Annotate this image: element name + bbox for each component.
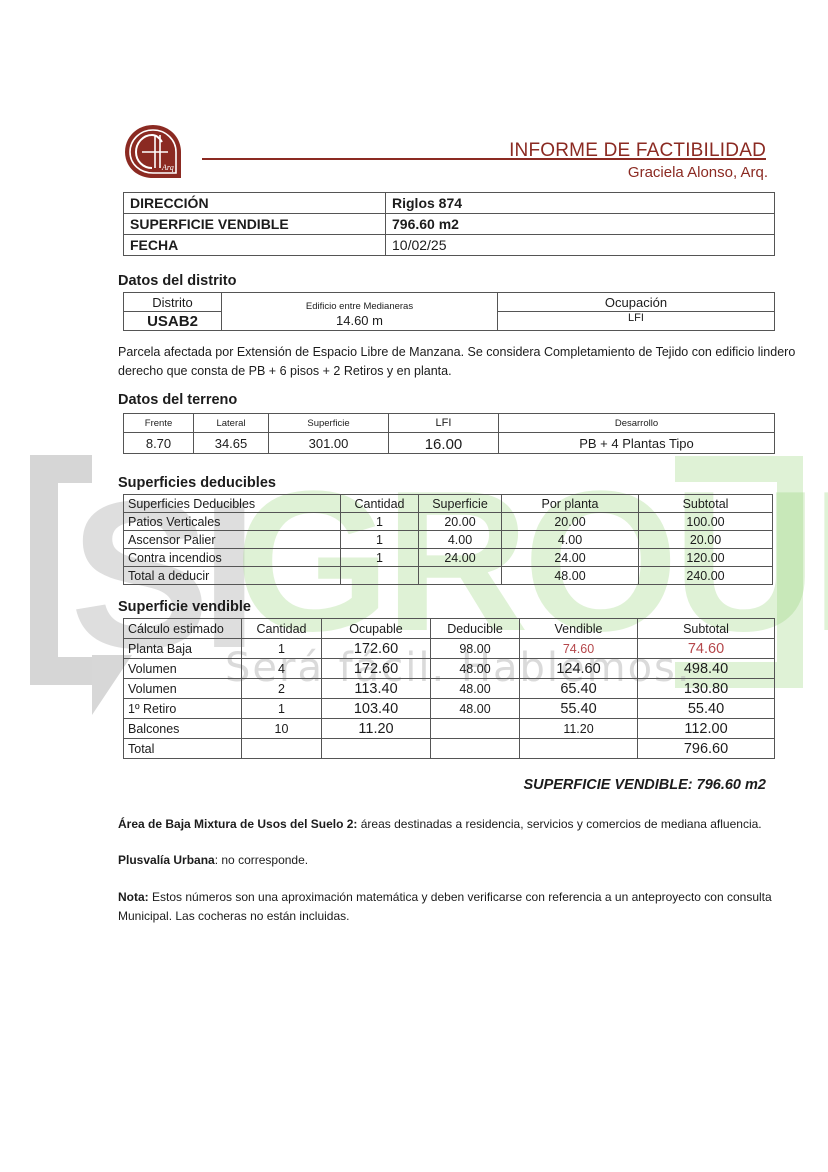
cell: 55.40 (520, 699, 638, 719)
cell: 11.20 (520, 719, 638, 739)
cell: 172.60 (322, 659, 431, 679)
cell: 48.00 (502, 567, 639, 585)
col-header: Deducible (431, 619, 520, 639)
table-row: Patios Verticales 1 20.00 20.00 100.00 (124, 513, 773, 531)
cell: 20.00 (502, 513, 639, 531)
cell: 240.00 (639, 567, 773, 585)
cell: 112.00 (638, 719, 775, 739)
desarrollo-header: Desarrollo (499, 414, 775, 433)
col-header: Cálculo estimado (124, 619, 242, 639)
cell: 1 (242, 639, 322, 659)
cell (242, 739, 322, 759)
col-header: Por planta (502, 495, 639, 513)
section-title-deducibles: Superficies deducibles (118, 475, 276, 491)
cell: 4 (242, 659, 322, 679)
distrito-header: Distrito (124, 293, 222, 312)
report-title: INFORME DE FACTIBILIDAD (509, 140, 766, 162)
cell: 130.80 (638, 679, 775, 699)
info-label: DIRECCIÓN (124, 193, 386, 214)
cell: Volumen (124, 659, 242, 679)
cell: 120.00 (639, 549, 773, 567)
col-header: Ocupable (322, 619, 431, 639)
lateral-header: Lateral (194, 414, 269, 433)
cell: 55.40 (638, 699, 775, 719)
info-table: DIRECCIÓN Riglos 874 SUPERFICIE VENDIBLE… (123, 192, 775, 256)
col-header: Superficie (419, 495, 502, 513)
plusvalia-note-text: : no corresponde. (215, 853, 308, 867)
cell: 20.00 (639, 531, 773, 549)
table-header-row: Cálculo estimado Cantidad Ocupable Deduc… (124, 619, 775, 639)
cell: 48.00 (431, 679, 520, 699)
cell: 100.00 (639, 513, 773, 531)
cell: 124.60 (520, 659, 638, 679)
cell: 10 (242, 719, 322, 739)
table-row: Volumen 4 172.60 48.00 124.60 498.40 (124, 659, 775, 679)
cell-highlight: 74.60 (520, 639, 638, 659)
medianeras-header: Edificio entre Medianeras (222, 293, 498, 312)
table-row: Planta Baja 1 172.60 98.00 74.60 74.60 (124, 639, 775, 659)
info-label: FECHA (124, 235, 386, 256)
plusvalia-note: Plusvalía Urbana: no corresponde. (118, 851, 808, 870)
parcela-paragraph: Parcela afectada por Extensión de Espaci… (118, 343, 798, 381)
table-row: 8.70 34.65 301.00 16.00 PB + 4 Plantas T… (124, 433, 775, 454)
cell: 2 (242, 679, 322, 699)
medianeras-value: 14.60 m (222, 312, 498, 331)
distrito-value: USAB2 (124, 312, 222, 331)
lfi-value: 16.00 (389, 433, 499, 454)
cell-highlight: 74.60 (638, 639, 775, 659)
table-row: Contra incendios 1 24.00 24.00 120.00 (124, 549, 773, 567)
svg-text:Arq: Arq (161, 163, 174, 172)
info-value: 796.60 m2 (386, 214, 775, 235)
ocupacion-header: Ocupación (498, 293, 775, 312)
ocupacion-value: LFI (498, 312, 775, 331)
table-row: Ascensor Palier 1 4.00 4.00 20.00 (124, 531, 773, 549)
cell: 1 (242, 699, 322, 719)
cell: 796.60 (638, 739, 775, 759)
cell: Total (124, 739, 242, 759)
report-author: Graciela Alonso, Arq. (628, 164, 768, 181)
cell: Contra incendios (124, 549, 341, 567)
table-total-row: Total a deducir 48.00 240.00 (124, 567, 773, 585)
cell: 48.00 (431, 699, 520, 719)
terreno-table: Frente Lateral Superficie LFI Desarrollo… (123, 413, 775, 454)
info-value: Riglos 874 (386, 193, 775, 214)
cell: 98.00 (431, 639, 520, 659)
cell: Balcones (124, 719, 242, 739)
cell: 24.00 (502, 549, 639, 567)
col-header: Cantidad (242, 619, 322, 639)
col-header: Vendible (520, 619, 638, 639)
info-label: SUPERFICIE VENDIBLE (124, 214, 386, 235)
table-row: FECHA 10/02/25 (124, 235, 775, 256)
superficie-header: Superficie (269, 414, 389, 433)
ga-logo-icon: Arq (122, 122, 184, 180)
area-note-text: áreas destinadas a residencia, servicios… (357, 817, 761, 831)
cell: 4.00 (502, 531, 639, 549)
table-row: DIRECCIÓN Riglos 874 (124, 193, 775, 214)
nota-note-label: Nota: (118, 890, 149, 904)
cell: Planta Baja (124, 639, 242, 659)
frente-value: 8.70 (124, 433, 194, 454)
cell: 4.00 (419, 531, 502, 549)
cell: Total a deducir (124, 567, 341, 585)
superficie-value: 301.00 (269, 433, 389, 454)
table-row: Balcones 10 11.20 11.20 112.00 (124, 719, 775, 739)
report-page: Arq INFORME DE FACTIBILIDAD Graciela Alo… (0, 0, 828, 1172)
cell: 113.40 (322, 679, 431, 699)
table-header-row: Superficies Deducibles Cantidad Superfic… (124, 495, 773, 513)
cell: 1 (341, 513, 419, 531)
cell (419, 567, 502, 585)
nota-note-text: Estos números son una aproximación matem… (118, 890, 772, 923)
cell (431, 739, 520, 759)
cell: 1º Retiro (124, 699, 242, 719)
cell: Ascensor Palier (124, 531, 341, 549)
cell: Patios Verticales (124, 513, 341, 531)
area-note-label: Área de Baja Mixtura de Usos del Suelo 2… (118, 817, 357, 831)
distrito-table: Distrito Edificio entre Medianeras Ocupa… (123, 292, 775, 331)
cell (431, 719, 520, 739)
cell: 1 (341, 549, 419, 567)
col-header: Cantidad (341, 495, 419, 513)
cell: 65.40 (520, 679, 638, 699)
frente-header: Frente (124, 414, 194, 433)
cell: 48.00 (431, 659, 520, 679)
col-header: Subtotal (638, 619, 775, 639)
cell: 24.00 (419, 549, 502, 567)
superficie-vendible-summary: SUPERFICIE VENDIBLE: 796.60 m2 (523, 777, 766, 793)
cell: 172.60 (322, 639, 431, 659)
table-row: Volumen 2 113.40 48.00 65.40 130.80 (124, 679, 775, 699)
deducibles-table: Superficies Deducibles Cantidad Superfic… (123, 494, 773, 585)
table-total-row: Total 796.60 (124, 739, 775, 759)
info-value: 10/02/25 (386, 235, 775, 256)
table-row: Frente Lateral Superficie LFI Desarrollo (124, 414, 775, 433)
table-row: SUPERFICIE VENDIBLE 796.60 m2 (124, 214, 775, 235)
table-row: USAB2 14.60 m LFI (124, 312, 775, 331)
section-title-vendible: Superficie vendible (118, 599, 251, 615)
lfi-header: LFI (389, 414, 499, 433)
cell (322, 739, 431, 759)
table-row: 1º Retiro 1 103.40 48.00 55.40 55.40 (124, 699, 775, 719)
cell: 1 (341, 531, 419, 549)
area-note: Área de Baja Mixtura de Usos del Suelo 2… (118, 815, 808, 834)
lateral-value: 34.65 (194, 433, 269, 454)
section-title-terreno: Datos del terreno (118, 392, 237, 408)
vendible-table: Cálculo estimado Cantidad Ocupable Deduc… (123, 618, 775, 759)
cell: 103.40 (322, 699, 431, 719)
cell (520, 739, 638, 759)
cell: 20.00 (419, 513, 502, 531)
col-header: Subtotal (639, 495, 773, 513)
cell: 11.20 (322, 719, 431, 739)
nota-note: Nota: Estos números son una aproximación… (118, 888, 808, 926)
cell: 498.40 (638, 659, 775, 679)
cell: Volumen (124, 679, 242, 699)
section-title-distrito: Datos del distrito (118, 273, 236, 289)
desarrollo-value: PB + 4 Plantas Tipo (499, 433, 775, 454)
plusvalia-note-label: Plusvalía Urbana (118, 853, 215, 867)
cell (341, 567, 419, 585)
table-row: Distrito Edificio entre Medianeras Ocupa… (124, 293, 775, 312)
col-header: Superficies Deducibles (124, 495, 341, 513)
